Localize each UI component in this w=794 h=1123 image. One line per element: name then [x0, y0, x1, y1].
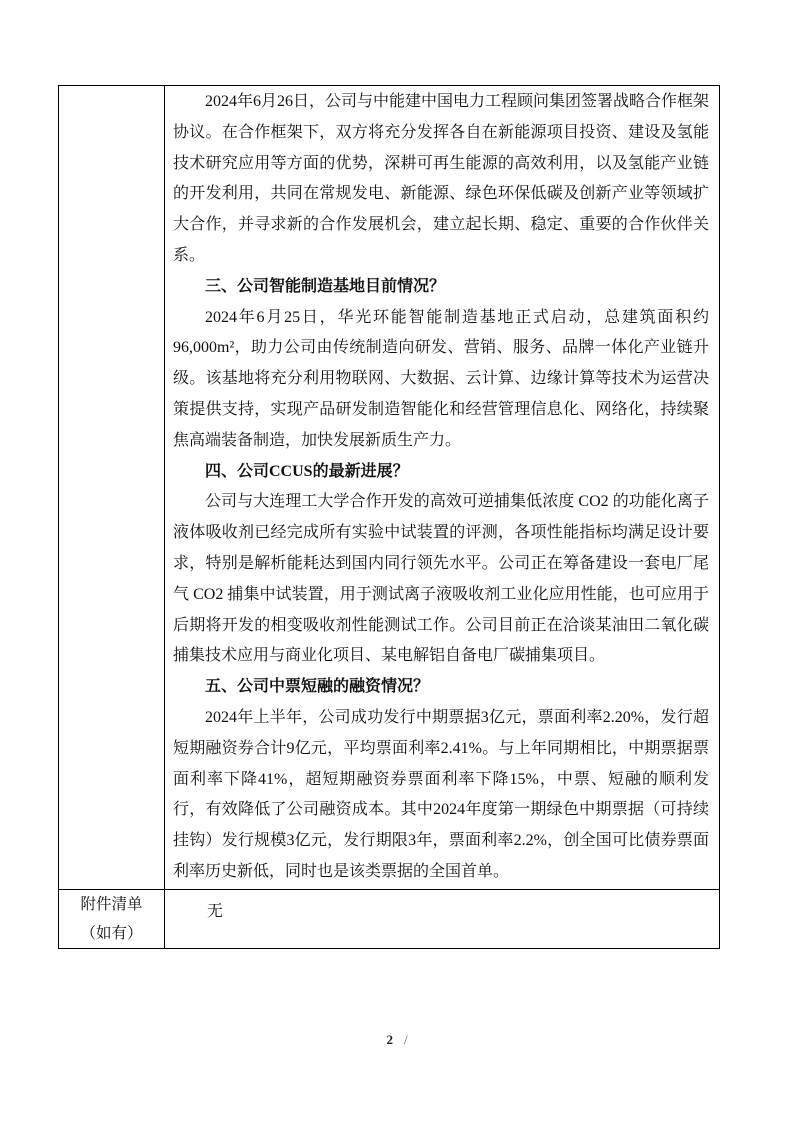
content-heading: 五、公司中票短融的融资情况？: [173, 672, 709, 703]
content-paragraph: 2024年6月26日，公司与中能建中国电力工程顾问集团签署战略合作框架协议。在合…: [173, 87, 709, 272]
attachment-value-cell: 无: [165, 890, 719, 948]
content-heading: 三、公司智能制造基地目前情况？: [173, 272, 709, 303]
content-paragraph: 公司与大连理工大学合作开发的高效可逆捕集低浓度 CO2 的功能化离子液体吸收剂已…: [173, 487, 709, 672]
document-page: 2024年6月26日，公司与中能建中国电力工程顾问集团签署战略合作框架协议。在合…: [0, 0, 794, 1123]
attachment-value: 无: [165, 890, 719, 921]
content-paragraph: 2024年上半年，公司成功发行中期票据3亿元，票面利率2.20%，发行超短期融资…: [173, 703, 709, 888]
attachment-row: 附件清单 （如有） 无: [59, 889, 719, 948]
page-footer: 2/: [0, 1032, 794, 1048]
content-sections: 2024年6月26日，公司与中能建中国电力工程顾问集团签署战略合作框架协议。在合…: [165, 86, 719, 889]
attachment-label-cell: 附件清单 （如有）: [59, 890, 165, 948]
page-number-separator: /: [404, 1032, 408, 1047]
content-row-label-cell: [59, 86, 165, 889]
attachment-label-line1: 附件清单: [80, 890, 142, 919]
content-heading: 四、公司CCUS的最新进展？: [173, 457, 709, 488]
content-row: 2024年6月26日，公司与中能建中国电力工程顾问集团签署战略合作框架协议。在合…: [59, 86, 719, 889]
content-paragraph: 2024年6月25日，华光环能智能制造基地正式启动，总建筑面积约96,000m²…: [173, 303, 709, 457]
attachment-label-line2: （如有）: [80, 919, 142, 948]
qa-record-table: 2024年6月26日，公司与中能建中国电力工程顾问集团签署战略合作框架协议。在合…: [58, 85, 720, 949]
page-number: 2: [386, 1032, 393, 1047]
